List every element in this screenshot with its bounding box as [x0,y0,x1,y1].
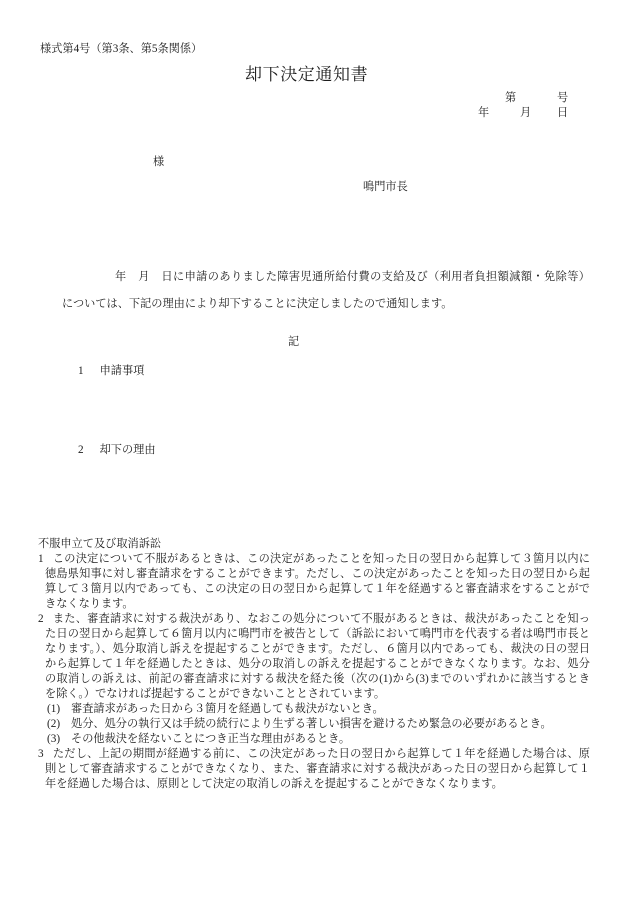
form-number-label: 様式第4号（第3条、第5条関係） [40,42,202,56]
notice-line: きなくなります。 [38,597,590,612]
notice-subitem-text: 審査請求があった日から３箇月を経過しても裁決がないとき。 [71,703,384,715]
date-day-label: 日 [557,106,568,120]
notice-line: 3ただし、上記の期間が経過する前に、この決定があった日の翌日から起算して１年を経… [38,747,590,762]
notice-line-text: この決定について不服があるときは、この決定があったことを知った日の翌日から起算し… [53,553,590,565]
notice-subitem: (3)その他裁決を経ないことにつき正当な理由があるとき。 [38,732,590,747]
notice-subitem: (1)審査請求があった日から３箇月を経過しても裁決がないとき。 [38,702,590,717]
notice-subitem-text: 処分、処分の執行又は手続の続行により生ずる著しい損害を避けるため緊急の必要がある… [71,718,552,730]
notice-line: た日の翌日から起算して６箇月以内に鳴門市を被告として（訴訟において鳴門市を代表す… [38,627,590,642]
notice-line: の取消しの訴えは、前記の審査請求に対する裁決を経た後（次の(1)から(3)までの… [38,672,590,687]
notice-line-text: また、審査請求に対する裁決があり、なおこの処分について不服があるときは、裁決があ… [53,613,590,625]
body-paragraph-line-2: については、下記の理由により却下することに決定しましたので通知します。 [62,297,452,311]
notice-line: を除く。）でなければ提起することができないこととされています。 [38,687,590,702]
notice-line: 徳島県知事に対し審査請求をすることができます。ただし、この決定があったことを知っ… [38,567,590,582]
rejection-decision-notice-document: 様式第4号（第3条、第5条関係） 却下決定通知書 第 号 年 月 日 様 鳴門市… [0,0,630,903]
notice-line-text: ただし、上記の期間が経過する前に、この決定があった日の翌日から起算して１年を経過… [53,748,590,760]
section-item-rejection-reason: 2却下の理由 [78,443,156,457]
ki-marker: 記 [288,335,299,349]
notice-item-number: 1 [38,553,44,565]
notice-line: 算して３箇月以内であっても、この決定の日の翌日から起算して１年を経過すると審査請… [38,582,590,597]
date-year-label: 年 [478,106,489,120]
notice-line: 則として審査請求することができなくなり、また、審査請求に対する裁決があった日の翌… [38,762,590,777]
notice-subitem-number: (2) [47,718,60,730]
notice-line: 1この決定について不服があるときは、この決定があったことを知った日の翌日から起算… [38,552,590,567]
section-item-application: 1申請事項 [78,364,144,378]
addressee-honorific: 様 [153,155,164,169]
notice-subitem-text: その他裁決を経ないことにつき正当な理由があるとき。 [71,733,350,745]
appeal-notice-heading: 不服申立て及び取消訴訟 [38,537,590,552]
appeal-notice-block: 不服申立て及び取消訴訟 1この決定について不服があるときは、この決定があったこと… [38,537,590,792]
notice-line: から起算して１年を経過したときは、処分の取消しの訴えを提起することができなくなり… [38,657,590,672]
notice-line: 2また、審査請求に対する裁決があり、なおこの処分について不服があるときは、裁決が… [38,612,590,627]
body-paragraph-line-1: 年 月 日に申請のありました障害児通所給付費の支給及び（利用者負担額減額・免除等… [62,270,590,284]
section-item-label: 却下の理由 [100,444,156,456]
sender-name: 鳴門市長 [363,180,408,194]
notice-item-number: 2 [38,613,44,625]
document-title: 却下決定通知書 [245,64,368,85]
notice-item-number: 3 [38,748,44,760]
date-month-label: 月 [520,106,531,120]
section-item-number: 1 [78,364,84,378]
notice-subitem-number: (3) [47,733,60,745]
notice-subitem: (2)処分、処分の執行又は手続の続行により生ずる著しい損害を避けるため緊急の必要… [38,717,590,732]
notice-subitem-number: (1) [47,703,60,715]
notice-line: なります。）、処分取消し訴えを提起することができます。ただし、６箇月以内であって… [38,642,590,657]
doc-number-suffix: 号 [557,91,568,105]
section-item-label: 申請事項 [100,365,145,377]
notice-line: 年を経過した場合は、原則として決定の取消しの訴えを提起することができなくなります… [38,777,590,792]
section-item-number: 2 [78,443,84,457]
doc-number-prefix: 第 [505,91,516,105]
